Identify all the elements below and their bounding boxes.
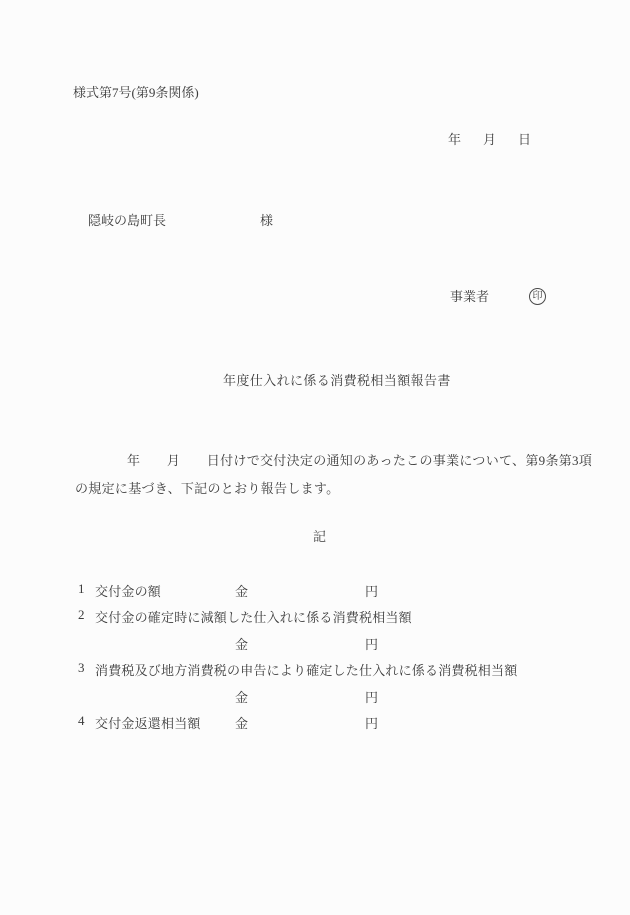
amount-suffix-label: 円 bbox=[365, 581, 378, 600]
list-item-label: 交付金の額 bbox=[95, 581, 161, 600]
amount-prefix-label: 金 bbox=[235, 713, 248, 732]
amount-suffix-label: 円 bbox=[365, 713, 378, 732]
body-line-1: 年 月 日付けで交付決定の通知のあったこの事業について、第9条第3項 bbox=[75, 447, 585, 475]
document-page: 様式第7号(第9条関係) 年 月 日 隠岐の島町長 様 事業者 印 年度仕入れに… bbox=[0, 0, 630, 915]
recipient-honorific: 様 bbox=[260, 214, 273, 228]
record-marker: 記 bbox=[313, 530, 326, 544]
body-paragraph: 年 月 日付けで交付決定の通知のあったこの事業について、第9条第3項 の規定に基… bbox=[75, 447, 585, 503]
seal-mark-icon: 印 bbox=[529, 288, 546, 305]
list-item-number: 3 bbox=[78, 660, 85, 676]
amount-suffix-label: 円 bbox=[365, 634, 378, 653]
amount-prefix-label: 金 bbox=[235, 687, 248, 706]
document-title: 年度仕入れに係る消費税相当額報告書 bbox=[223, 374, 451, 388]
list-item-number: 2 bbox=[78, 607, 85, 623]
list-item-label: 交付金の確定時に減額した仕入れに係る消費税相当額 bbox=[95, 607, 412, 626]
body-line-2: の規定に基づき、下記のとおり報告します。 bbox=[75, 475, 585, 503]
recipient-name: 隠岐の島町長 bbox=[88, 214, 166, 228]
list-item-label: 消費税及び地方消費税の申告により確定した仕入れに係る消費税相当額 bbox=[95, 660, 517, 679]
date-year-label: 年 bbox=[448, 133, 461, 147]
list-item-number: 1 bbox=[78, 581, 85, 597]
amount-prefix-label: 金 bbox=[235, 581, 248, 600]
amount-suffix-label: 円 bbox=[365, 687, 378, 706]
date-month-label: 月 bbox=[483, 133, 496, 147]
list-item-number: 4 bbox=[78, 713, 85, 729]
seal-character: 印 bbox=[533, 292, 543, 302]
amount-prefix-label: 金 bbox=[235, 634, 248, 653]
form-number: 様式第7号(第9条関係) bbox=[73, 86, 199, 100]
operator-label: 事業者 bbox=[450, 290, 489, 304]
list-item-label: 交付金返還相当額 bbox=[95, 713, 201, 732]
date-day-label: 日 bbox=[518, 133, 531, 147]
